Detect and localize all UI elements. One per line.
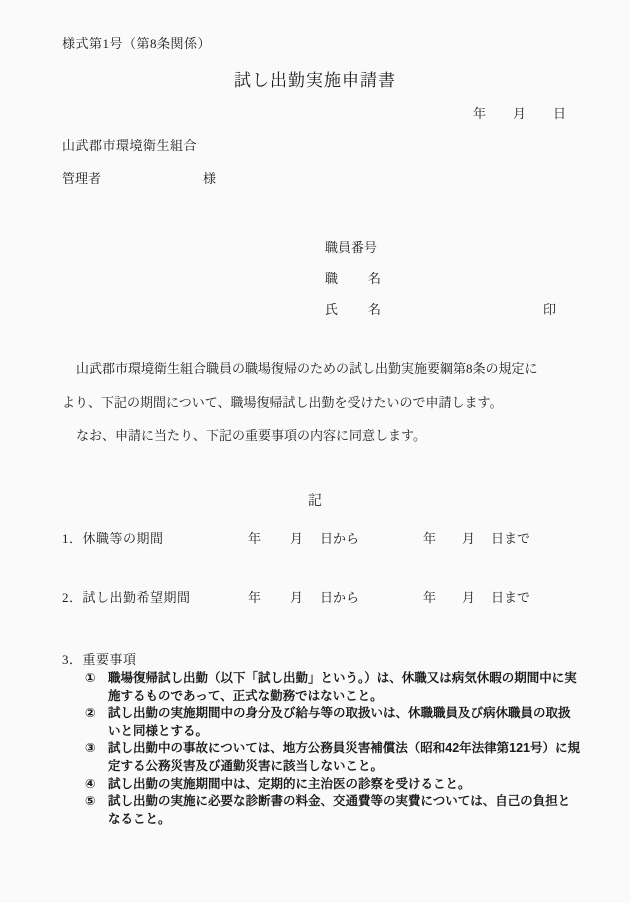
important-item-5: ⑤ 試し出勤の実施に必要な診断書の料金、交通費等の実費については、自己の負担とな…	[85, 793, 582, 828]
body-paragraph-line-3: なお、申請に当たり、下記の重要事項の内容に同意します。	[62, 427, 574, 444]
body-paragraph-line-1: 山武郡市環境衛生組合職員の職場復帰のための試し出勤実施要綱第8条の規定に	[62, 360, 574, 377]
important-item-2: ② 試し出勤の実施期間中の身分及び給与等の取扱いは、休職職員及び病休職員の取扱い…	[85, 705, 582, 740]
period-leave-to-year-label: 年	[423, 528, 436, 547]
period-trial-to-month-label: 月	[462, 587, 475, 606]
seal-label: 印	[543, 299, 556, 318]
addressee-line: 管理者 様	[62, 168, 362, 187]
period-trial-from-year-label: 年	[248, 587, 261, 606]
period-leave-to-day-label: 日まで	[491, 528, 530, 547]
position-row: 職名	[325, 268, 585, 287]
header-date-year-label: 年	[473, 103, 486, 122]
position-label-char1: 職	[325, 271, 338, 286]
period-trial-from-day-label: 日から	[320, 587, 359, 606]
important-item-5-text: 試し出勤の実施に必要な診断書の料金、交通費等の実費については、自己の負担となるこ…	[108, 793, 582, 828]
important-matters-list: ① 職場復帰試し出勤（以下「試し出勤」という。）は、休職又は病気休暇の期間中に実…	[85, 670, 582, 828]
circled-number-3: ③	[85, 740, 108, 758]
name-label-char1: 氏	[325, 302, 338, 317]
period-leave-from-month-label: 月	[290, 528, 303, 547]
application-form-page: 様式第1号（第8条関係） 試し出勤実施申請書 年 月 日 山武郡市環境衛生組合 …	[0, 0, 630, 903]
important-item-4-text: 試し出勤の実施期間中は、定期的に主治医の診察を受けること。	[108, 776, 582, 794]
important-item-4: ④ 試し出勤の実施期間中は、定期的に主治医の診察を受けること。	[85, 776, 582, 794]
staff-number-label: 職員番号	[325, 240, 377, 255]
header-date-day-label: 日	[553, 103, 566, 122]
period-trial-to-day-label: 日まで	[491, 587, 530, 606]
organization-name: 山武郡市環境衛生組合	[62, 135, 197, 154]
important-item-2-text: 試し出勤の実施期間中の身分及び給与等の取扱いは、休職職員及び病休職員の取扱いと同…	[108, 705, 582, 740]
header-date-month-label: 月	[513, 103, 526, 122]
addressee-label: 管理者	[62, 171, 101, 186]
period-leave-to-month-label: 月	[462, 528, 475, 547]
important-matters-heading: 3．重要事項	[62, 649, 137, 668]
important-item-1: ① 職場復帰試し出勤（以下「試し出勤」という。）は、休職又は病気休暇の期間中に実…	[85, 670, 582, 705]
period-leave-from-year-label: 年	[248, 528, 261, 547]
body-paragraph-line-2: より、下記の期間について、職場復帰試し出勤を受けたいので申請します。	[62, 394, 574, 411]
record-mark: 記	[0, 490, 630, 510]
important-item-1-text: 職場復帰試し出勤（以下「試し出勤」という。）は、休職又は病気休暇の期間中に実施す…	[108, 670, 582, 705]
form-number: 様式第1号（第8条関係）	[62, 33, 211, 52]
period-leave-label: 1．休職等の期間	[62, 528, 164, 547]
name-label-char2: 名	[368, 302, 381, 317]
important-item-3-text: 試し出勤中の事故については、地方公務員災害補償法（昭和42年法律第121号）に規…	[108, 740, 582, 775]
period-trial-label: 2．試し出勤希望期間	[62, 587, 191, 606]
circled-number-5: ⑤	[85, 793, 108, 811]
period-row-leave: 1．休職等の期間 年 月 日から 年 月 日まで	[0, 528, 630, 546]
circled-number-4: ④	[85, 776, 108, 794]
staff-number-row: 職員番号	[325, 237, 585, 256]
period-leave-from-day-label: 日から	[320, 528, 359, 547]
period-trial-from-month-label: 月	[290, 587, 303, 606]
important-item-3: ③ 試し出勤中の事故については、地方公務員災害補償法（昭和42年法律第121号）…	[85, 740, 582, 775]
position-label-char2: 名	[368, 271, 381, 286]
circled-number-1: ①	[85, 670, 108, 688]
period-row-trial-work: 2．試し出勤希望期間 年 月 日から 年 月 日まで	[0, 587, 630, 605]
addressee-honorific: 様	[203, 168, 216, 187]
page-title: 試し出勤実施申請書	[0, 66, 630, 91]
circled-number-2: ②	[85, 705, 108, 723]
period-trial-to-year-label: 年	[423, 587, 436, 606]
header-date: 年 月 日	[473, 103, 566, 122]
name-row: 氏名 印	[325, 299, 585, 318]
